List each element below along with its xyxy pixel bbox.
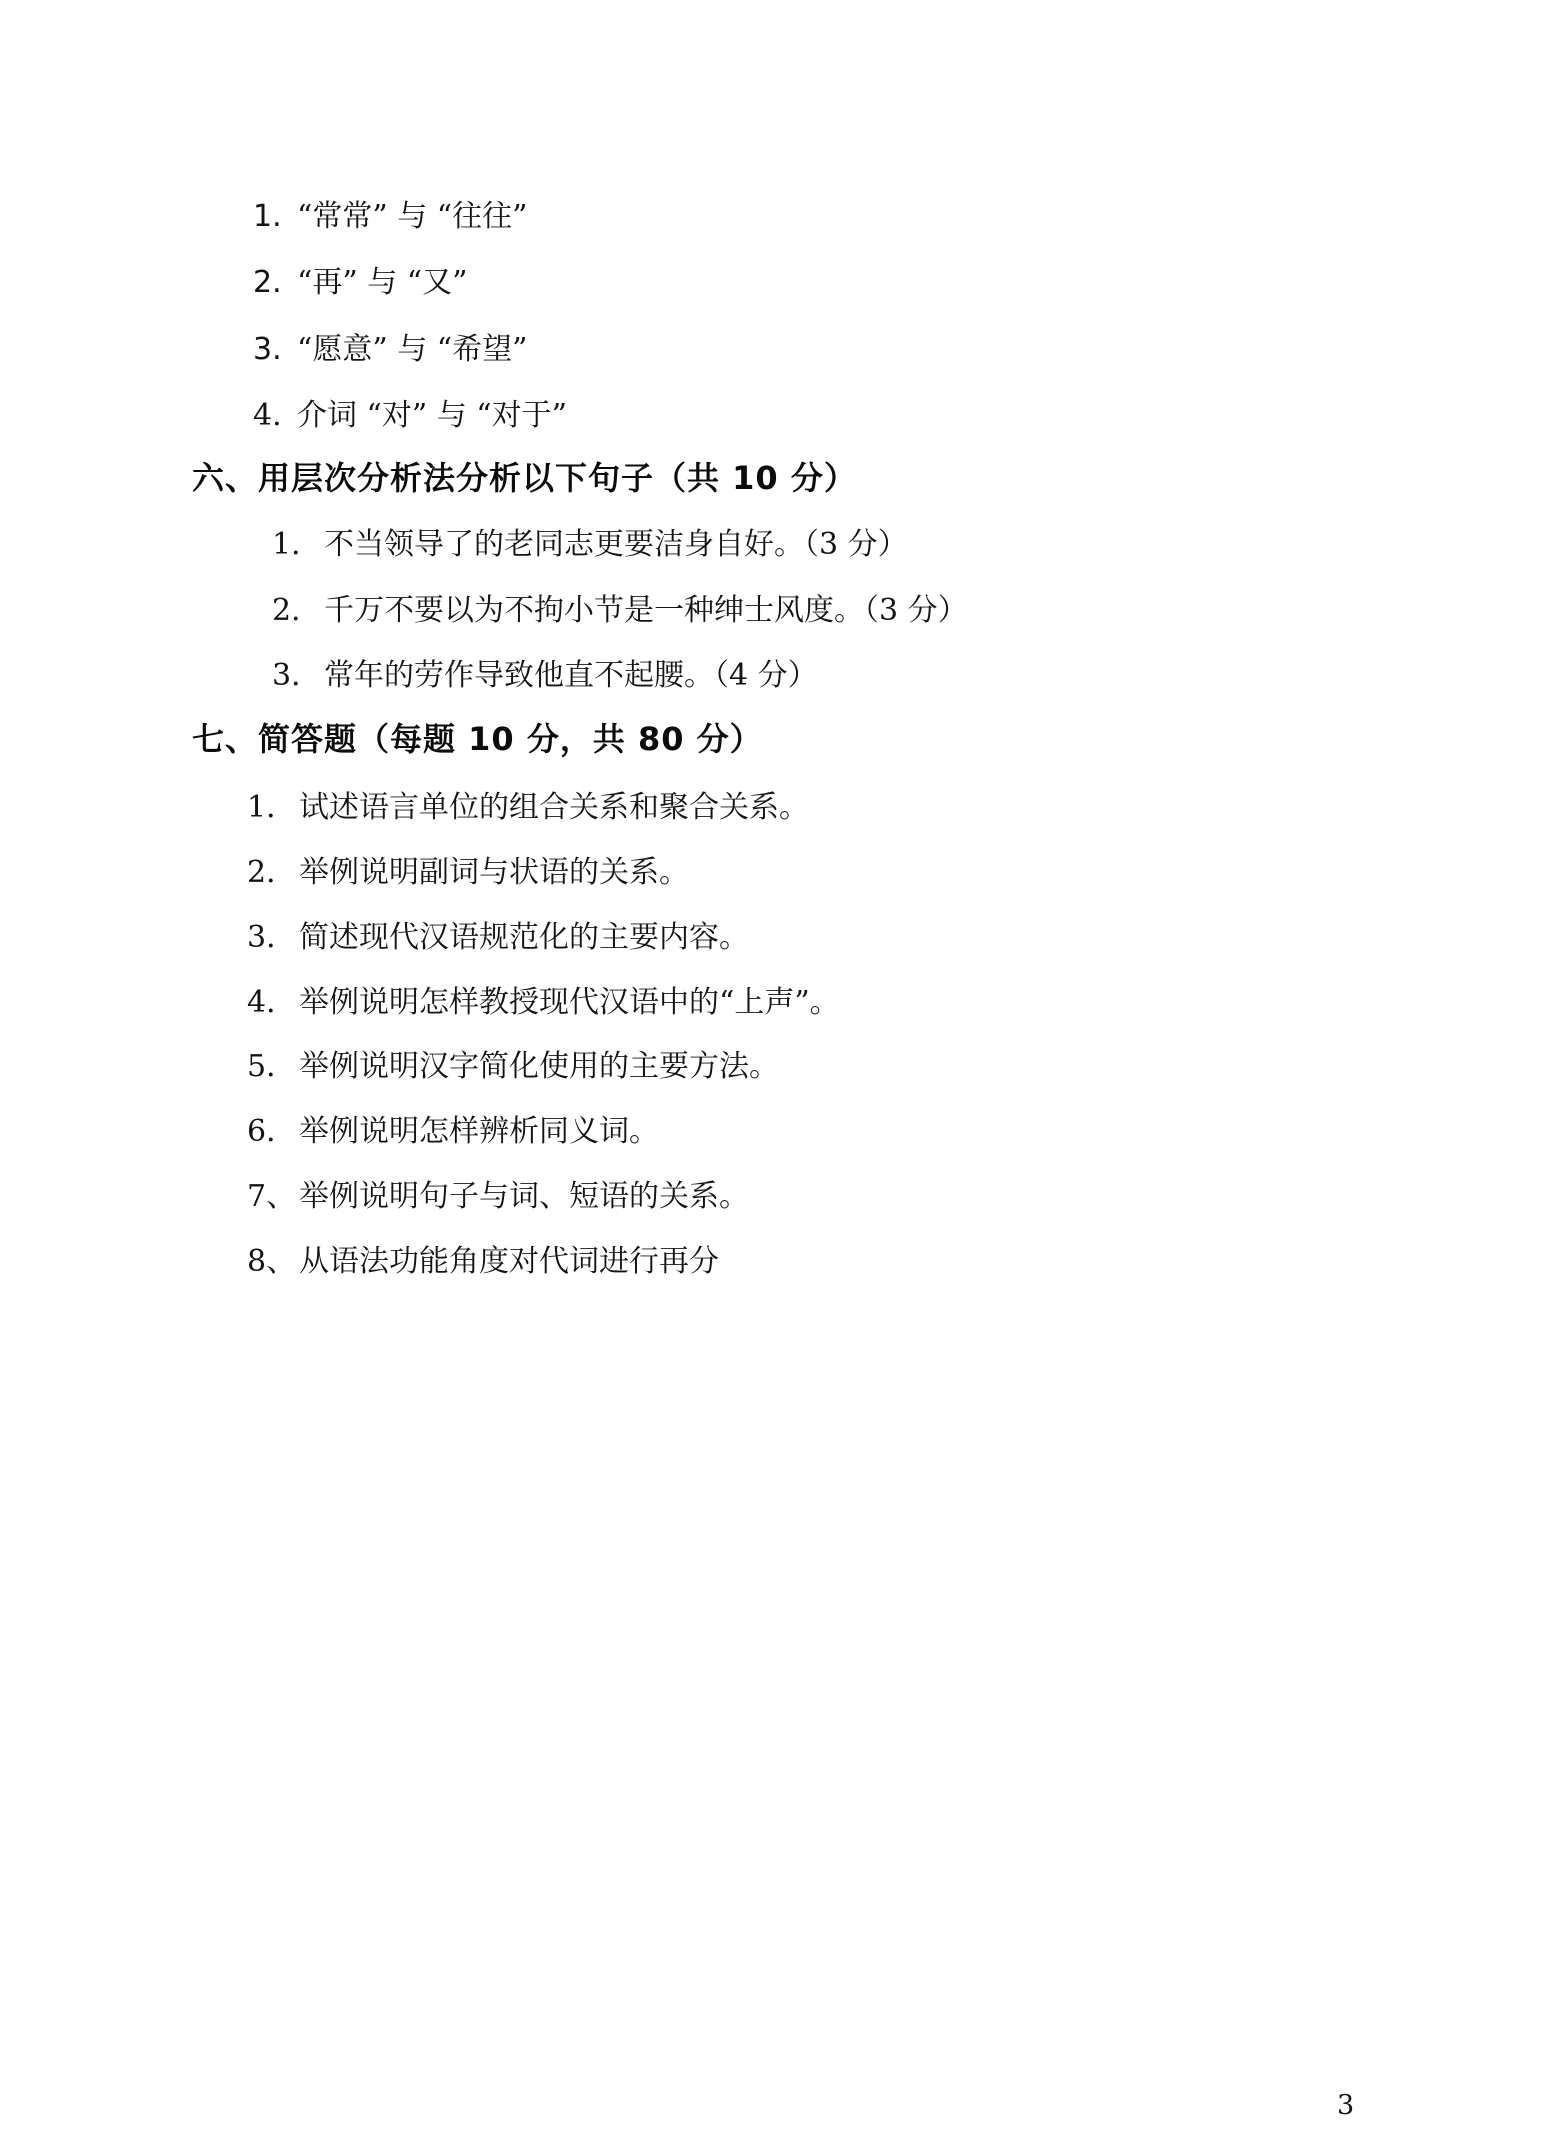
list-item: 1.“常常” 与 “往往” xyxy=(253,200,527,235)
item-text: 举例说明怎样辨析同义词。 xyxy=(299,1114,659,1149)
list-item: 4.介词 “对” 与 “对于” xyxy=(253,399,567,434)
list-item: 8、从语法功能角度对代词进行再分 xyxy=(247,1245,719,1280)
item-number: 2． xyxy=(272,594,324,629)
item-number: 1. xyxy=(253,200,297,235)
list-item: 4．举例说明怎样教授现代汉语中的“上声”。 xyxy=(247,986,840,1021)
list-item: 6．举例说明怎样辨析同义词。 xyxy=(247,1115,659,1150)
item-number: 2. xyxy=(253,266,297,301)
item-number: 3． xyxy=(247,921,299,956)
item-text: 千万不要以为不拘小节是一种绅士风度。（3 分） xyxy=(324,593,968,628)
item-text: 举例说明怎样教授现代汉语中的“上声”。 xyxy=(299,985,840,1020)
item-number: 2． xyxy=(247,856,299,891)
item-text: 常年的劳作导致他直不起腰。（4 分） xyxy=(324,658,818,693)
list-item: 2．千万不要以为不拘小节是一种绅士风度。（3 分） xyxy=(272,594,968,629)
item-text: 介词 “对” 与 “对于” xyxy=(297,398,567,433)
item-text: “愿意” 与 “希望” xyxy=(297,332,527,367)
item-text: 举例说明副词与状语的关系。 xyxy=(299,855,689,890)
item-text: 不当领导了的老同志更要洁身自好。（3 分） xyxy=(324,527,908,562)
item-number: 5． xyxy=(247,1050,299,1085)
item-text: 举例说明句子与词、短语的关系。 xyxy=(299,1179,749,1214)
list-item: 5．举例说明汉字简化使用的主要方法。 xyxy=(247,1050,779,1085)
section-seven-heading: 七、简答题（每题 10 分，共 80 分） xyxy=(192,722,763,757)
list-item: 3.“愿意” 与 “希望” xyxy=(253,333,527,368)
item-text: “常常” 与 “往往” xyxy=(297,199,527,234)
item-number: 7、 xyxy=(247,1180,299,1215)
list-item: 2．举例说明副词与状语的关系。 xyxy=(247,856,689,891)
item-number: 3． xyxy=(272,659,324,694)
item-number: 8、 xyxy=(247,1245,299,1280)
list-item: 7、举例说明句子与词、短语的关系。 xyxy=(247,1180,749,1215)
item-text: 从语法功能角度对代词进行再分 xyxy=(299,1244,719,1279)
exam-document-page: 1.“常常” 与 “往往” 2.“再” 与 “又” 3.“愿意” 与 “希望” … xyxy=(0,0,1550,2150)
list-item: 1．不当领导了的老同志更要洁身自好。（3 分） xyxy=(272,528,908,563)
item-number: 4． xyxy=(247,986,299,1021)
item-number: 6． xyxy=(247,1115,299,1150)
item-text: 试述语言单位的组合关系和聚合关系。 xyxy=(299,790,809,825)
section-six-heading: 六、用层次分析法分析以下句子（共 10 分） xyxy=(192,461,857,496)
list-item: 3．简述现代汉语规范化的主要内容。 xyxy=(247,921,749,956)
item-number: 4. xyxy=(253,399,297,434)
item-number: 1． xyxy=(247,791,299,826)
list-item: 2.“再” 与 “又” xyxy=(253,266,467,301)
item-number: 3. xyxy=(253,333,297,368)
item-text: 举例说明汉字简化使用的主要方法。 xyxy=(299,1049,779,1084)
list-item: 3．常年的劳作导致他直不起腰。（4 分） xyxy=(272,659,818,694)
item-text: “再” 与 “又” xyxy=(297,265,467,300)
item-text: 简述现代汉语规范化的主要内容。 xyxy=(299,920,749,955)
page-number: 3 xyxy=(1337,2090,1354,2121)
item-number: 1． xyxy=(272,528,324,563)
list-item: 1．试述语言单位的组合关系和聚合关系。 xyxy=(247,791,809,826)
